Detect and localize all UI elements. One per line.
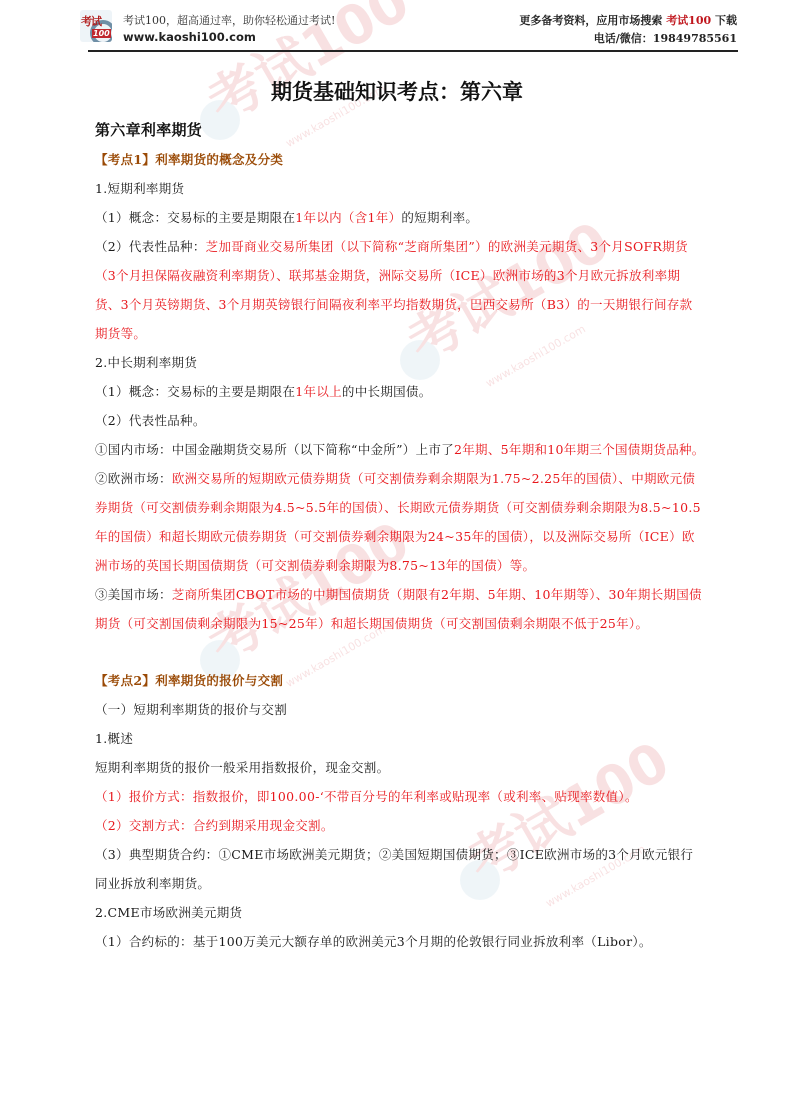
promo-brand: 考试100 — [666, 14, 711, 27]
text: （1）概念：交易标的主要是期限在 — [95, 384, 295, 399]
text: ①国内市场：中国金融期货交易所（以下简称“中金所”）上市了 — [95, 442, 454, 457]
highlight: 1年以内（含1年） — [295, 210, 401, 225]
highlight: 2年期、5年期和10年期三个国债期货品种。 — [454, 442, 705, 457]
promo-prefix: 更多备考资料，应用市场搜索 — [519, 14, 666, 27]
chapter-heading: 第六章利率期货 — [95, 115, 705, 145]
highlight: 芝商所集团CBOT市场的中期国债期货（期限有2年期、5年期、10年期等）、30年… — [95, 587, 702, 631]
page-title: 期货基础知识考点：第六章 — [0, 76, 794, 106]
sub2-europe: ②欧洲市场：欧洲交易所的短期欧元债券期货（可交割债券剩余期限为1.75~2.25… — [95, 464, 705, 580]
text: （2）代表性品种： — [95, 239, 206, 254]
item1-quote-method: （1）报价方式：指数报价，即100.00-‘不带百分号的年利率或贴现率（或利率、… — [95, 782, 705, 811]
header-divider — [88, 50, 738, 52]
text: ③美国市场： — [95, 587, 172, 602]
spacer — [95, 638, 705, 666]
promo-suffix: 下载 — [711, 14, 737, 27]
header-slogan: 考试100，超高通过率，助你轻松通过考试! — [123, 12, 335, 28]
item2-underlying: （1）合约标的：基于100万美元大额存单的欧洲美元3个月期的伦敦银行同业拆放利率… — [95, 927, 705, 956]
text: ②欧洲市场： — [95, 471, 172, 486]
text: 的短期利率。 — [401, 210, 478, 225]
logo-text: 考试 — [81, 13, 101, 29]
item2-title: 2.CME市场欧洲美元期货 — [95, 898, 705, 927]
header-contact: 电话/微信：19849785561 — [594, 30, 737, 46]
item1-title: 1.概述 — [95, 724, 705, 753]
kaoshi100-logo-icon: 考试 100 — [80, 10, 112, 42]
highlight: 芝加哥商业交易所集团（以下简称“芝商所集团”）的欧洲美元期货、3个月SOFR期货… — [95, 239, 692, 341]
header-promo: 更多备考资料，应用市场搜索 考试100 下载 — [519, 12, 737, 28]
text: 的中长期国债。 — [342, 384, 432, 399]
sub2-us: ③美国市场：芝商所集团CBOT市场的中期国债期货（期限有2年期、5年期、10年期… — [95, 580, 705, 638]
sub2-domestic: ①国内市场：中国金融期货交易所（以下简称“中金所”）上市了2年期、5年期和10年… — [95, 435, 705, 464]
page-header: 考试 100 考试100，超高通过率，助你轻松通过考试! www.kaoshi1… — [0, 0, 794, 50]
section1-heading: 【考点1】利率期货的概念及分类 — [95, 145, 705, 174]
logo-number: 100 — [92, 29, 111, 38]
item1-typical-contracts: （3）典型期货合约：①CME市场欧洲美元期货；②美国短期国债期货；③ICE欧洲市… — [95, 840, 705, 898]
header-website-link[interactable]: www.kaoshi100.com — [123, 30, 256, 44]
sub2-concept: （1）概念：交易标的主要是期限在1年以上的中长期国债。 — [95, 377, 705, 406]
sub2-varieties-label: （2）代表性品种。 — [95, 406, 705, 435]
part1-title: （一）短期利率期货的报价与交割 — [95, 695, 705, 724]
item1-delivery-method: （2）交割方式：合约到期采用现金交割。 — [95, 811, 705, 840]
item1-summary: 短期利率期货的报价一般采用指数报价，现金交割。 — [95, 753, 705, 782]
text: （1）概念：交易标的主要是期限在 — [95, 210, 295, 225]
section2-heading: 【考点2】利率期货的报价与交割 — [95, 666, 705, 695]
sub1-concept: （1）概念：交易标的主要是期限在1年以内（含1年）的短期利率。 — [95, 203, 705, 232]
highlight: 欧洲交易所的短期欧元债券期货（可交割债券剩余期限为1.75~2.25年的国债）、… — [95, 471, 701, 573]
document-body: 第六章利率期货 【考点1】利率期货的概念及分类 1.短期利率期货 （1）概念：交… — [95, 115, 705, 956]
sub1-title: 1.短期利率期货 — [95, 174, 705, 203]
highlight: 1年以上 — [295, 384, 342, 399]
sub1-varieties: （2）代表性品种：芝加哥商业交易所集团（以下简称“芝商所集团”）的欧洲美元期货、… — [95, 232, 705, 348]
sub2-title: 2.中长期利率期货 — [95, 348, 705, 377]
